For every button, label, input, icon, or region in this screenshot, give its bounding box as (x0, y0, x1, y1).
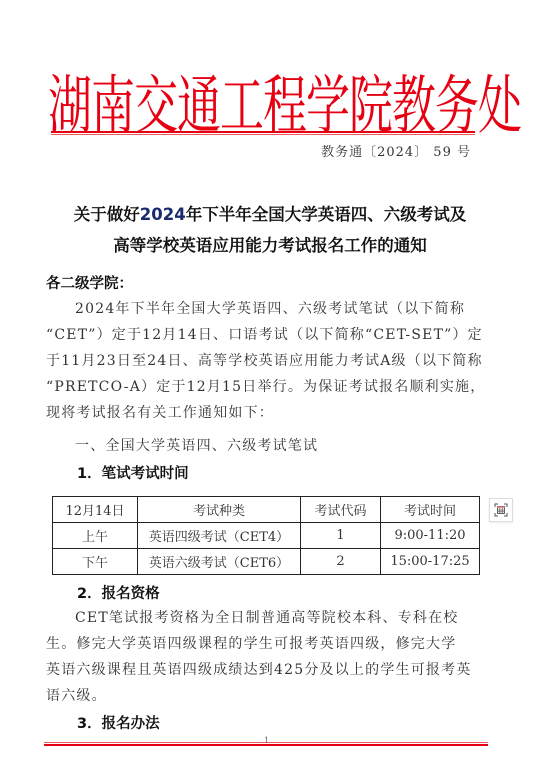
eligibility-line: 英语六级课程且英语四级成绩达到425分及以上的学生可报考英 (46, 657, 498, 683)
intro-line: 于11月23日至24日、高等学校英语应用能力考试A级（以下简称 (46, 348, 498, 374)
table-fullscreen-button[interactable] (489, 498, 513, 522)
table-cell: 15:00-17:25 (381, 549, 480, 575)
table-row: 下午 英语六级考试（CET6） 2 15:00-17:25 (53, 549, 480, 575)
section-heading-text: 一、全国大学英语四、六级考试笔试 (46, 433, 498, 459)
intro-paragraph: 2024年下半年全国大学英语四、六级考试笔试（以下简称 “CET”）定于12月1… (46, 296, 498, 426)
table-cell: 2 (301, 549, 381, 575)
eligibility-paragraph: CET笔试报考资格为全日制普通高等院校本科、专科在校 生。修完大学英语四级课程的… (46, 605, 498, 709)
table-cell: 英语六级考试（CET6） (138, 549, 301, 575)
eligibility-line: 语六级。 (46, 683, 498, 709)
table-header-cell: 考试种类 (138, 497, 301, 523)
notice-title-line-1: 关于做好2024年下半年全国大学英语四、六级考试及 (40, 201, 500, 225)
table-cell: 英语四级考试（CET4） (138, 523, 301, 549)
intro-line: 2024年下半年全国大学英语四、六级考试笔试（以下简称 (46, 296, 498, 322)
subsection-exam-time: 1．笔试考试时间 (77, 462, 189, 483)
title-prefix: 关于做好 (74, 205, 140, 224)
title-year: 2024 (140, 205, 186, 224)
page-number: 1 (264, 736, 269, 745)
eligibility-line: CET笔试报考资格为全日制普通高等院校本科、专科在校 (46, 605, 498, 631)
subsection-eligibility: 2．报名资格 (77, 582, 160, 603)
table-header-cell: 12月14日 (53, 497, 138, 523)
table-cell: 9:00-11:20 (381, 523, 480, 549)
document-number: 教务通〔2024〕 59 号 (321, 141, 471, 160)
notice-title-line-2: 高等学校英语应用能力考试报名工作的通知 (40, 232, 500, 256)
salutation: 各二级学院： (46, 272, 133, 293)
section-1-heading: 一、全国大学英语四、六级考试笔试 (46, 433, 498, 459)
title-suffix: 年下半年全国大学英语四、六级考试及 (186, 205, 467, 224)
table-cell: 上午 (53, 523, 138, 549)
table-fullscreen-icon (494, 503, 508, 517)
subsection-registration: 3．报名办法 (77, 712, 160, 733)
intro-line: “PRETCO-A）定于12月15日举行。为保证考试报名顺利实施， (46, 374, 498, 400)
table-header-row: 12月14日 考试种类 考试代码 考试时间 (53, 497, 480, 523)
intro-line: “CET”）定于12月14日、口语考试（以下简称“CET-SET”）定 (46, 322, 498, 348)
intro-line: 现将考试报名有关工作通知如下： (46, 400, 498, 426)
table-cell: 下午 (53, 549, 138, 575)
eligibility-line: 生。修完大学英语四级课程的学生可报考英语四级，修完大学 (46, 631, 498, 657)
header-red-rule (51, 131, 475, 135)
table-cell: 1 (301, 523, 381, 549)
table-header-cell: 考试时间 (381, 497, 480, 523)
table-header-cell: 考试代码 (301, 497, 381, 523)
exam-schedule-table: 12月14日 考试种类 考试代码 考试时间 上午 英语四级考试（CET4） 1 … (52, 496, 480, 575)
table-row: 上午 英语四级考试（CET4） 1 9:00-11:20 (53, 523, 480, 549)
